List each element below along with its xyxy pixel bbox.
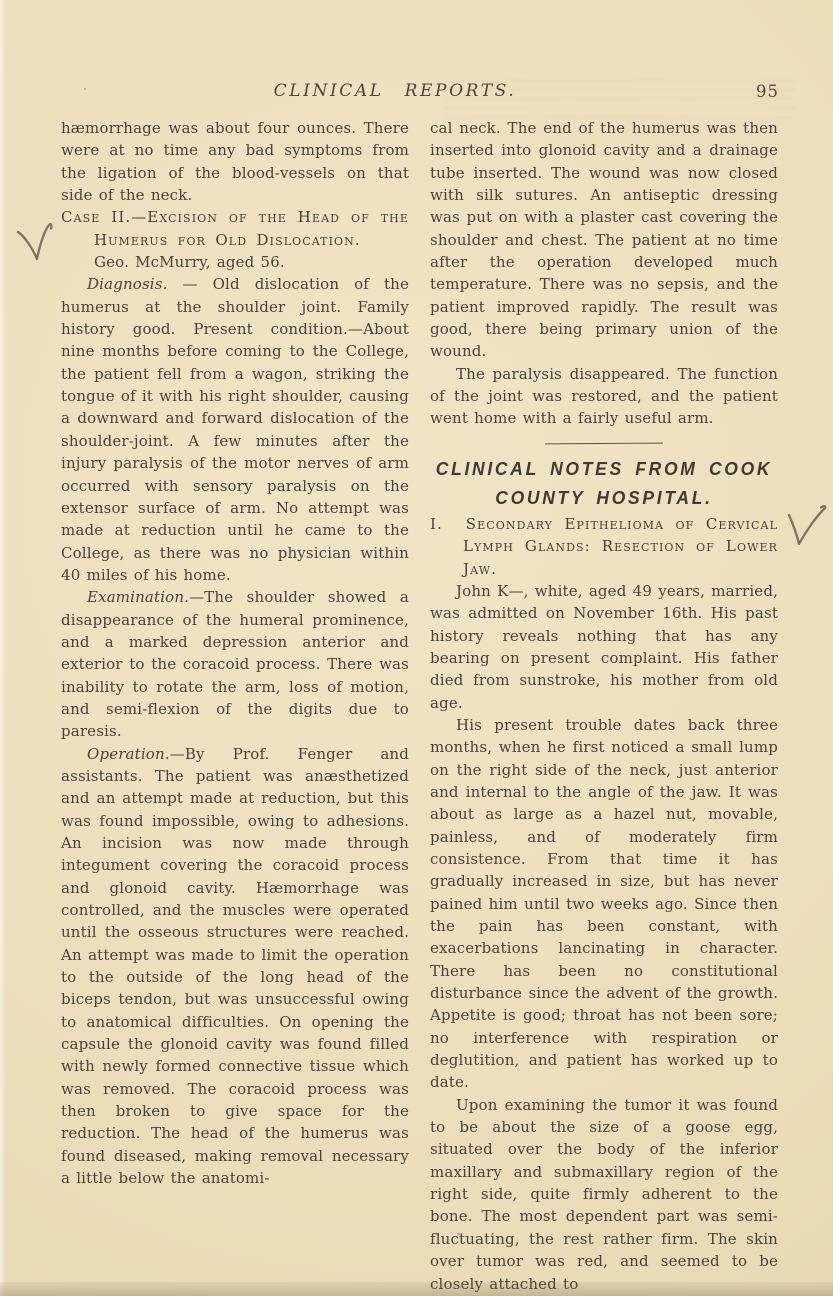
dust-speck (247, 267, 249, 269)
diagnosis-text: — Old dislocation of the humerus at the … (61, 275, 409, 583)
running-title: CLINICAL REPORTS. (0, 81, 790, 101)
examination-lead: Examination. (87, 588, 189, 606)
case-i-heading: I. Secondary Epithelioma of Cervical Lym… (430, 513, 778, 580)
operation-paragraph: Operation.—By Prof. Fenger and assistant… (61, 743, 409, 1190)
patient-history-paragraph: John K—, white, aged 49 years, married, … (430, 580, 778, 714)
diagnosis-lead: Diagnosis. (87, 275, 168, 293)
operation-lead: Operation. (87, 745, 170, 763)
section-heading: CLINICAL NOTES FROM COOK COUNTY HOSPITAL… (435, 455, 773, 513)
section-divider (545, 442, 663, 444)
page-left-edge-highlight (0, 0, 6, 1296)
dust-speck (457, 1233, 460, 1235)
dust-speck (84, 88, 86, 90)
diagnosis-paragraph: Diagnosis. — Old dislocation of the hume… (61, 273, 409, 586)
dust-speck (612, 592, 614, 594)
pencil-checkmark-left (15, 221, 57, 265)
journal-page: CLINICAL REPORTS. 95 hæmorrhage was abou… (0, 0, 833, 1296)
pencil-checkmark-right (785, 502, 832, 551)
continuation-paragraph: cal neck. The end of the humerus was the… (430, 117, 778, 363)
examination-paragraph: Examination.—The shoulder showed a disap… (61, 586, 409, 742)
case-ii-heading: Case II.—Excision of the Head of the Hum… (61, 206, 409, 251)
tumor-examination-paragraph: Upon examining the tumor it was found to… (430, 1094, 778, 1295)
patient-line: Geo. McMurry, aged 56. (61, 251, 409, 273)
paralysis-paragraph: The paralysis disappeared. The function … (430, 363, 778, 430)
examination-text: —The shoulder showed a disappearance of … (61, 588, 409, 740)
present-trouble-paragraph: His present trouble dates back three mon… (430, 714, 778, 1094)
operation-text: —By Prof. Fenger and assistants. The pat… (61, 745, 409, 1188)
page-bottom-edge-shadow (0, 1282, 833, 1296)
left-column: hæmorrhage was about four ounces. There … (61, 117, 409, 1190)
right-column: cal neck. The end of the humerus was the… (430, 117, 778, 1295)
page-number: 95 (756, 82, 779, 101)
continuation-paragraph: hæmorrhage was about four ounces. There … (61, 117, 409, 206)
